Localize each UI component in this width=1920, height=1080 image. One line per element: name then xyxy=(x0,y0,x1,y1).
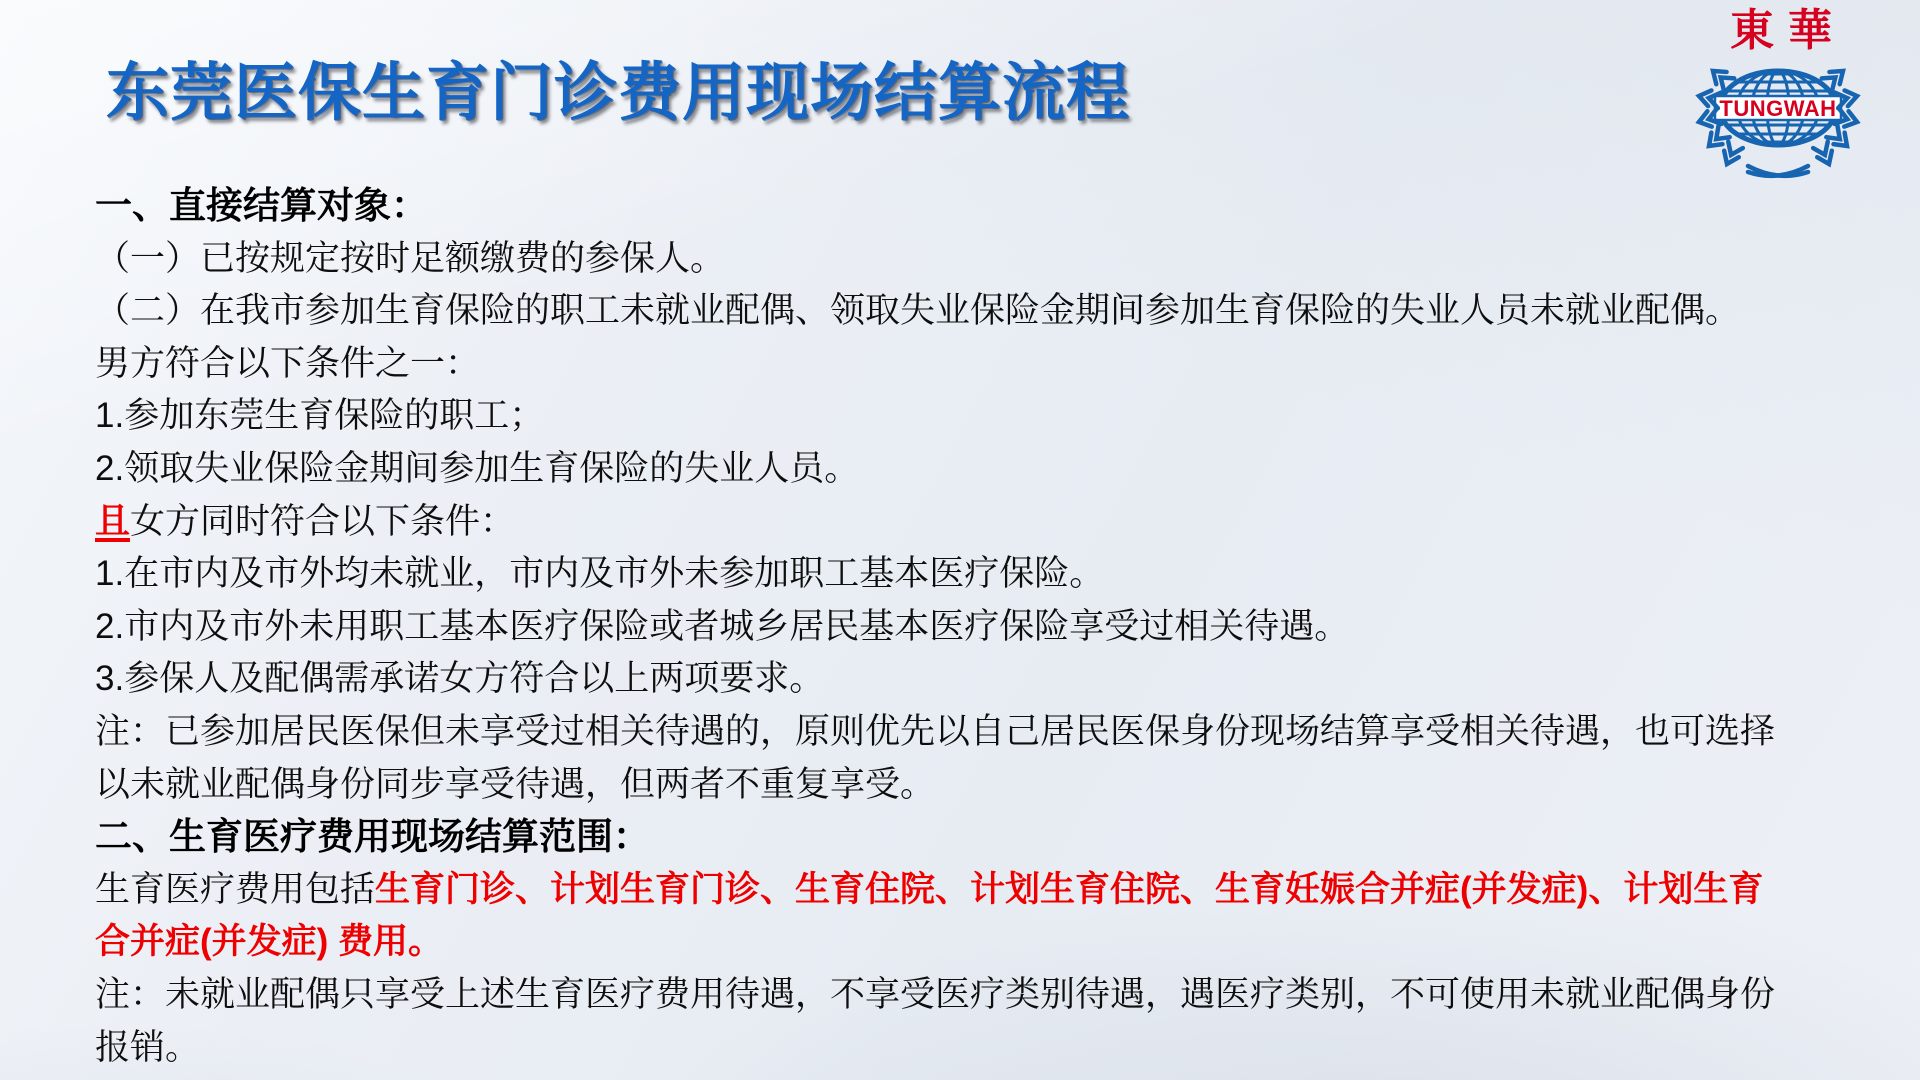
text-segment: （一）已按规定按时足额缴费的参保人。 xyxy=(95,239,725,278)
text-line: 且女方同时符合以下条件： xyxy=(95,496,1860,549)
section-heading: 二、生育医疗费用现场结算范围： xyxy=(95,811,1860,864)
text-segment: 女方同时符合以下条件： xyxy=(130,502,515,541)
text-segment: 男方符合以下条件之一： xyxy=(95,344,480,383)
text-segment: 注：已参加居民医保但未享受过相关待遇的，原则优先以自己居民医保身份现场结算享受相… xyxy=(95,712,1775,751)
text-segment: 2.市内及市外未用职工基本医疗保险或者城乡居民基本医疗保险享受过相关待遇。 xyxy=(95,607,1349,646)
text-segment: 生育医疗费用包括 xyxy=(95,870,375,909)
text-line: 以未就业配偶身份同步享受待遇，但两者不重复享受。 xyxy=(95,759,1860,812)
page-title: 东莞医保生育门诊费用现场结算流程 xyxy=(106,42,1130,133)
text-segment: 以未就业配偶身份同步享受待遇，但两者不重复享受。 xyxy=(95,765,935,804)
text-segment: 3.参保人及配偶需承诺女方符合以上两项要求。 xyxy=(95,659,824,698)
text-line: （一）已按规定按时足额缴费的参保人。 xyxy=(95,233,1860,286)
tungwah-logo: 東 華 TUNGWAH xyxy=(1692,6,1864,186)
text-line: 1.参加东莞生育保险的职工； xyxy=(95,390,1860,443)
text-segment: 注：未就业配偶只享受上述生育医疗费用待遇，不享受医疗类别待遇，遇医疗类别，不可使… xyxy=(95,975,1775,1014)
text-segment: 1.在市内及市外均未就业，市内及市外未参加职工基本医疗保险。 xyxy=(95,554,1104,593)
text-line: 3.参保人及配偶需承诺女方符合以上两项要求。 xyxy=(95,653,1860,706)
text-line: 1.在市内及市外均未就业，市内及市外未参加职工基本医疗保险。 xyxy=(95,548,1860,601)
text-segment: 合并症(并发症) 费用。 xyxy=(95,922,443,961)
text-segment: 且 xyxy=(95,502,130,541)
text-line: 生育医疗费用包括生育门诊、计划生育门诊、生育住院、计划生育住院、生育妊娠合并症(… xyxy=(95,864,1860,917)
text-segment: 生育门诊、计划生育门诊、生育住院、计划生育住院、生育妊娠合并症(并发症)、计划生… xyxy=(375,870,1763,909)
text-line: 合并症(并发症) 费用。 xyxy=(95,916,1860,969)
text-line: 2.市内及市外未用职工基本医疗保险或者城乡居民基本医疗保险享受过相关待遇。 xyxy=(95,601,1860,654)
logo-globe-wreath-icon: TUNGWAH xyxy=(1692,58,1864,186)
section-heading: 一、直接结算对象： xyxy=(95,180,1860,233)
slide-body: 一、直接结算对象：（一）已按规定按时足额缴费的参保人。（二）在我市参加生育保险的… xyxy=(95,180,1860,1074)
logo-wordmark: TUNGWAH xyxy=(1719,96,1836,121)
logo-hanzi-right: 華 xyxy=(1788,6,1832,56)
text-line: 报销。 xyxy=(95,1022,1860,1075)
text-line: 2.领取失业保险金期间参加生育保险的失业人员。 xyxy=(95,443,1860,496)
text-line: 注：已参加居民医保但未享受过相关待遇的，原则优先以自己居民医保身份现场结算享受相… xyxy=(95,706,1860,759)
text-line: 注：未就业配偶只享受上述生育医疗费用待遇，不享受医疗类别待遇，遇医疗类别，不可使… xyxy=(95,969,1860,1022)
text-line: （二）在我市参加生育保险的职工未就业配偶、领取失业保险金期间参加生育保险的失业人… xyxy=(95,285,1860,338)
logo-hanzi-left: 東 xyxy=(1730,6,1774,56)
slide: 东莞医保生育门诊费用现场结算流程 東 華 xyxy=(0,0,1920,1080)
text-segment: 报销。 xyxy=(95,1028,200,1067)
text-segment: 1.参加东莞生育保险的职工； xyxy=(95,396,544,435)
text-segment: 2.领取失业保险金期间参加生育保险的失业人员。 xyxy=(95,449,859,488)
text-segment: （二）在我市参加生育保险的职工未就业配偶、领取失业保险金期间参加生育保险的失业人… xyxy=(95,291,1740,330)
text-segment: 二、生育医疗费用现场结算范围： xyxy=(95,816,650,857)
text-line: 男方符合以下条件之一： xyxy=(95,338,1860,391)
text-segment: 一、直接结算对象： xyxy=(95,185,428,226)
logo-hanzi: 東 華 xyxy=(1692,6,1864,56)
